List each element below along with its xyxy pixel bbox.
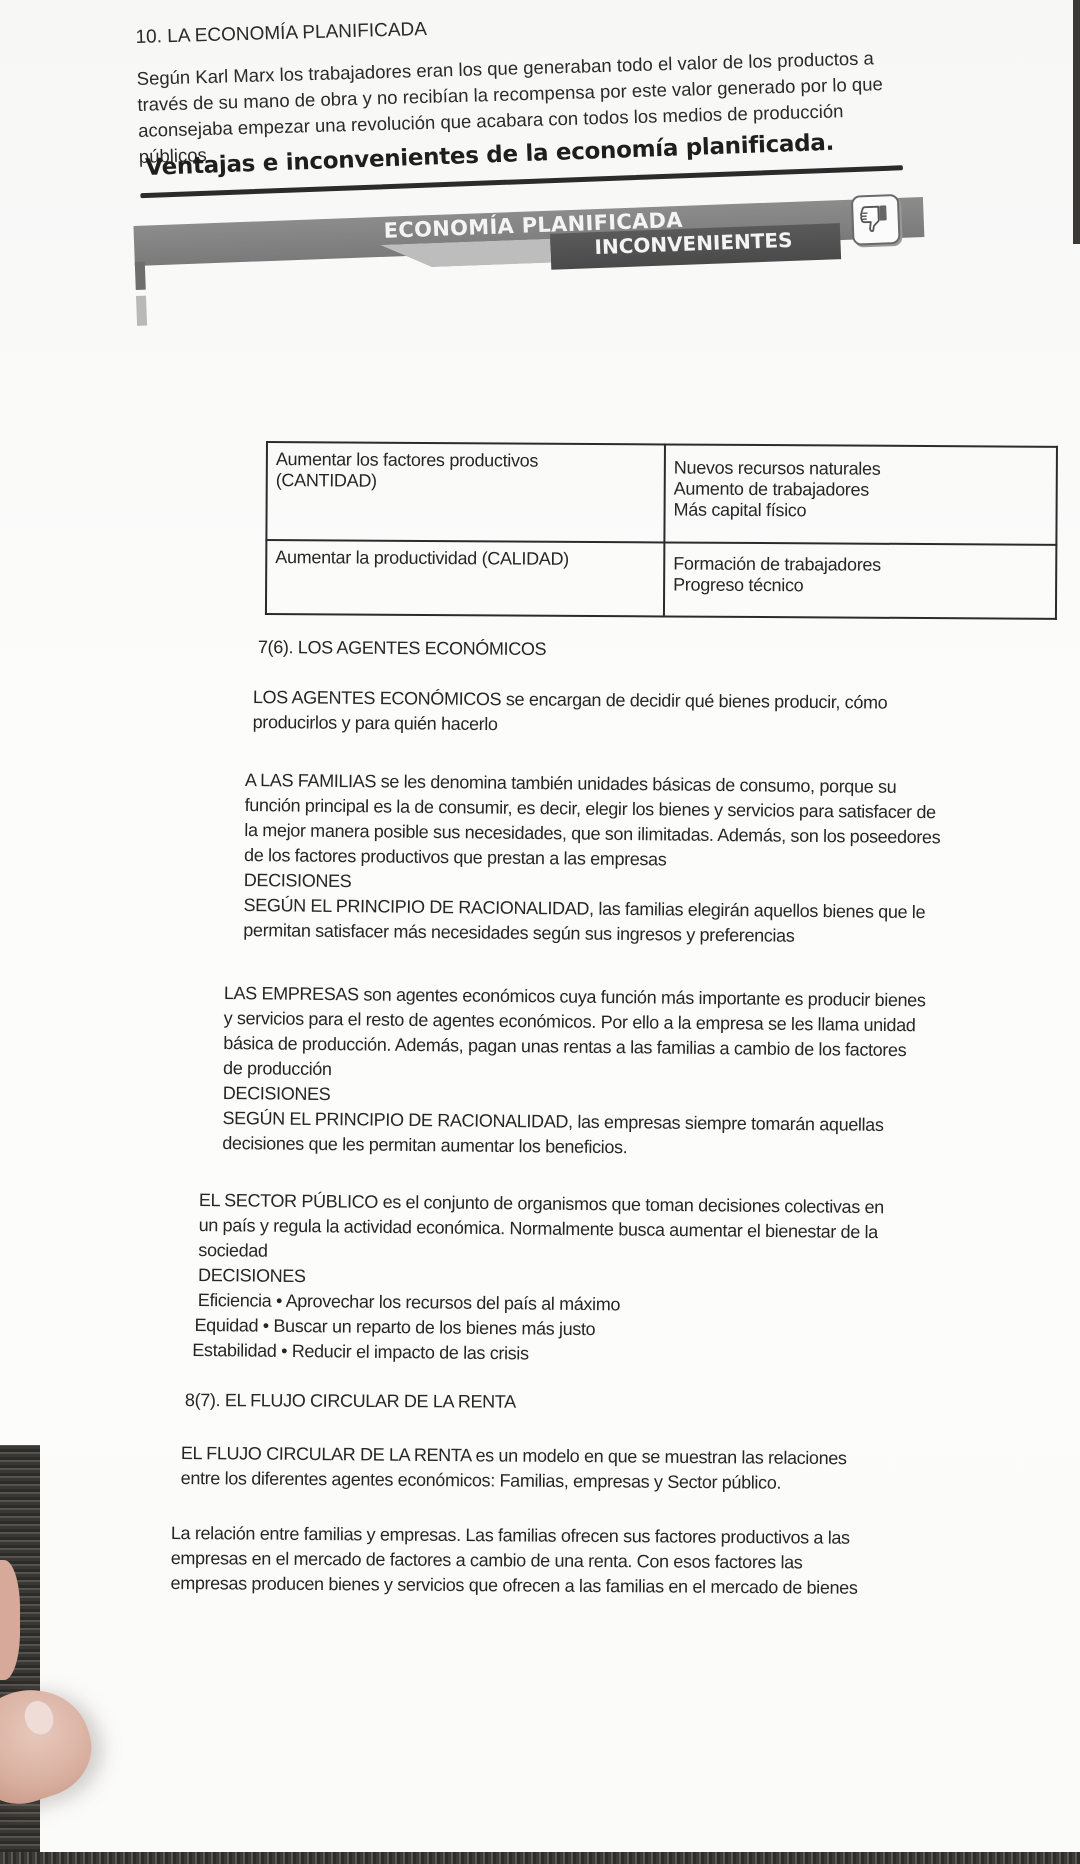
cell-text: Más capital físico: [674, 499, 1048, 522]
paragraph-line: Estabilidad • Reducir el impacto de las …: [192, 1340, 529, 1365]
paragraph-line: DECISIONES: [223, 1083, 331, 1105]
paragraph-line: Eficiencia • Aprovechar los recursos del…: [198, 1290, 620, 1315]
thumbnail: [19, 1696, 59, 1740]
background-surface-right: [1073, 0, 1080, 244]
paragraph-line: empresas en el mercado de factores a cam…: [171, 1548, 803, 1573]
background-surface-bottom: [0, 1852, 1080, 1864]
cell-text: (CANTIDAD): [276, 470, 656, 493]
table-cell-calidad-items: Formación de trabajadores Progreso técni…: [664, 542, 1056, 618]
table-cell-calidad: Aumentar la productividad (CALIDAD): [266, 540, 664, 616]
table-row: Aumentar los factores productivos (CANTI…: [266, 442, 1057, 545]
cell-text: Nuevos recursos naturales: [674, 457, 1048, 480]
banner-left-bar-light: [136, 296, 147, 326]
section-heading: 7(6). LOS AGENTES ECONÓMICOS: [258, 637, 546, 660]
cell-text: Aumentar los factores productivos: [276, 449, 656, 472]
table-cell-cantidad-items: Nuevos recursos naturales Aumento de tra…: [664, 444, 1057, 544]
cell-text: Formación de trabajadores: [673, 553, 1047, 576]
paragraph-line: de producción: [223, 1058, 332, 1080]
paragraph-line: DECISIONES: [198, 1265, 306, 1287]
paragraph-line: decisiones que les permitan aumentar los…: [222, 1133, 627, 1158]
paragraph-line: Equidad • Buscar un reparto de los biene…: [194, 1315, 595, 1340]
banner-left-bar: [135, 262, 146, 290]
section-heading: 8(7). EL FLUJO CIRCULAR DE LA RENTA: [185, 1390, 516, 1413]
paragraph-line: de los factores productivos que prestan …: [244, 845, 667, 870]
cell-text: Aumento de trabajadores: [674, 478, 1048, 501]
paragraph-line: sociedad: [198, 1240, 267, 1262]
table-cell-cantidad: Aumentar los factores productivos (CANTI…: [266, 442, 665, 542]
cell-text: Progreso técnico: [673, 574, 1047, 597]
cell-text: Aumentar la productividad (CALIDAD): [275, 547, 655, 570]
growth-factors-table: Aumentar los factores productivos (CANTI…: [265, 441, 1058, 620]
paragraph-line: producirlos y para quién hacerlo: [253, 712, 498, 735]
table-row: Aumentar la productividad (CALIDAD) Form…: [266, 540, 1056, 619]
thumbs-down-icon: [851, 194, 901, 246]
paragraph-line: DECISIONES: [244, 870, 352, 892]
